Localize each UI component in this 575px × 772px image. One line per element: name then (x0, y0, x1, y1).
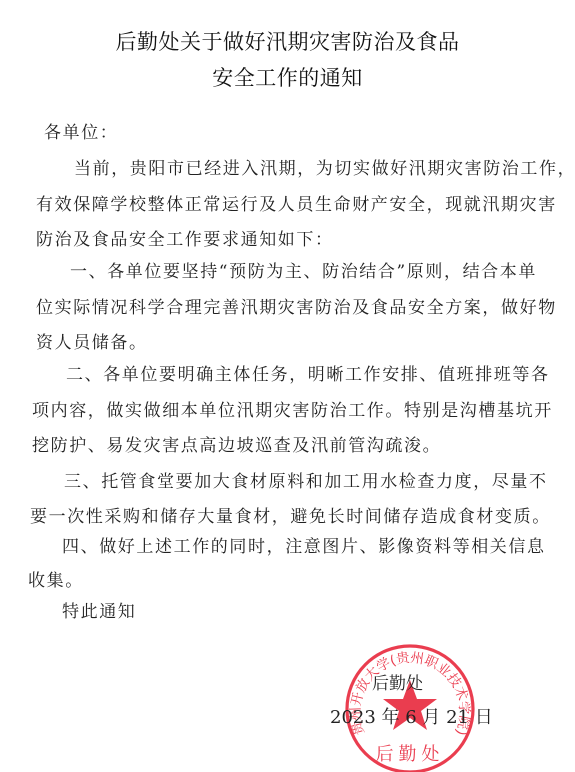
document-title-line1: 后勤处关于做好汛期灾害防治及食品 (0, 26, 575, 56)
seal-bottom-text: 后勤处 (376, 744, 445, 765)
body-line: 位实际情况科学合理完善汛期灾害防治及食品安全方案，做好物 (36, 293, 557, 318)
body-line: 防治及食品安全工作要求通知如下： (36, 225, 334, 250)
body-line: 要一次性采购和储存大量食材，避免长时间储存造成食材变质。 (30, 502, 551, 527)
body-line: 二、各单位要明确主体任务，明晰工作安排、值班排班等各 (66, 360, 550, 385)
body-line: 一、各单位要坚持“预防为主、防治结合”原则，结合本单 (70, 257, 537, 282)
closing: 特此通知 (62, 597, 136, 622)
body-line: 收集。 (28, 566, 84, 591)
body-line: 当前，贵阳市已经进入汛期，为切实做好汛期灾害防治工作， (74, 154, 575, 179)
document-title-line2: 安全工作的通知 (0, 62, 575, 92)
body-line: 项内容，做实做细本单位汛期灾害防治工作。特别是沟槽基坑开 (32, 396, 553, 421)
signature: 后勤处 (372, 669, 423, 694)
body-line: 资人员储备。 (36, 328, 148, 353)
body-line: 有效保障学校整体正常运行及人员生命财产安全，现就汛期灾害 (36, 190, 557, 215)
salutation: 各单位： (44, 118, 118, 143)
body-line: 四、做好上述工作的同时，注意图片、影像资料等相关信息 (62, 532, 546, 557)
body-line: 挖防护、易发灾害点高边坡巡查及汛前管沟疏浚。 (32, 431, 441, 456)
date: 2023 年 6 月 21 日 (330, 703, 493, 729)
body-line: 三、托管食堂要加大食材原料和加工用水检查力度，尽量不 (64, 467, 548, 492)
